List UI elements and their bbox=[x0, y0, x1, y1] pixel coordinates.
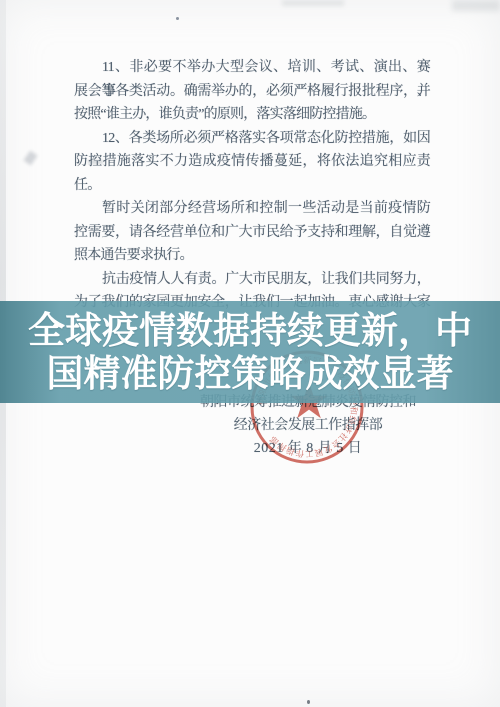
paper-smudge bbox=[23, 151, 37, 166]
notice-line: 照本通告要求执行。 bbox=[74, 244, 430, 268]
notice-line: 控需要，请各经营单位和广大市民给予支持和理解，自觉遵 bbox=[74, 221, 430, 245]
notice-line: 11、非必要不举办大型会议、培训、考试、演出、赛事、 bbox=[74, 56, 430, 80]
paper-smudge bbox=[452, 0, 500, 11]
notice-line: 暂时关闭部分经营场所和控制一些活动是当前疫情防 bbox=[74, 197, 430, 221]
notice-body: 11、非必要不举办大型会议、培训、考试、演出、赛事、 展会等各类活动。确需举办的… bbox=[74, 56, 430, 315]
headline-line-2: 国精准防控策略成效显著 bbox=[47, 352, 454, 395]
document-photo: 11、非必要不举办大型会议、培训、考试、演出、赛事、 展会等各类活动。确需举办的… bbox=[0, 0, 500, 707]
headline-line-1: 全球疫情数据持续更新，中 bbox=[28, 309, 472, 352]
paper-speck bbox=[307, 700, 310, 704]
notice-line: 展会等各类活动。确需举办的，必须严格履行报批程序，并 bbox=[74, 80, 430, 104]
notice-line: 按照“谁主办，谁负责”的原则，落实落细防控措施。 bbox=[74, 103, 430, 127]
paper-smudge bbox=[282, 0, 344, 6]
notice-line: 防控措施落实不力造成疫情传播蔓延，将依法追究相应责 bbox=[74, 150, 430, 174]
notice-line: 任。 bbox=[74, 174, 430, 198]
headline-overlay: 全球疫情数据持续更新，中 国精准防控策略成效显著 bbox=[0, 301, 500, 403]
notice-line: 12、各类场所必须严格落实各项常态化防控措施，如因 bbox=[74, 127, 430, 151]
notice-line: 抗击疫情人人有责。广大市民朋友，让我们共同努力， bbox=[74, 268, 430, 292]
paper-speck bbox=[176, 17, 179, 20]
